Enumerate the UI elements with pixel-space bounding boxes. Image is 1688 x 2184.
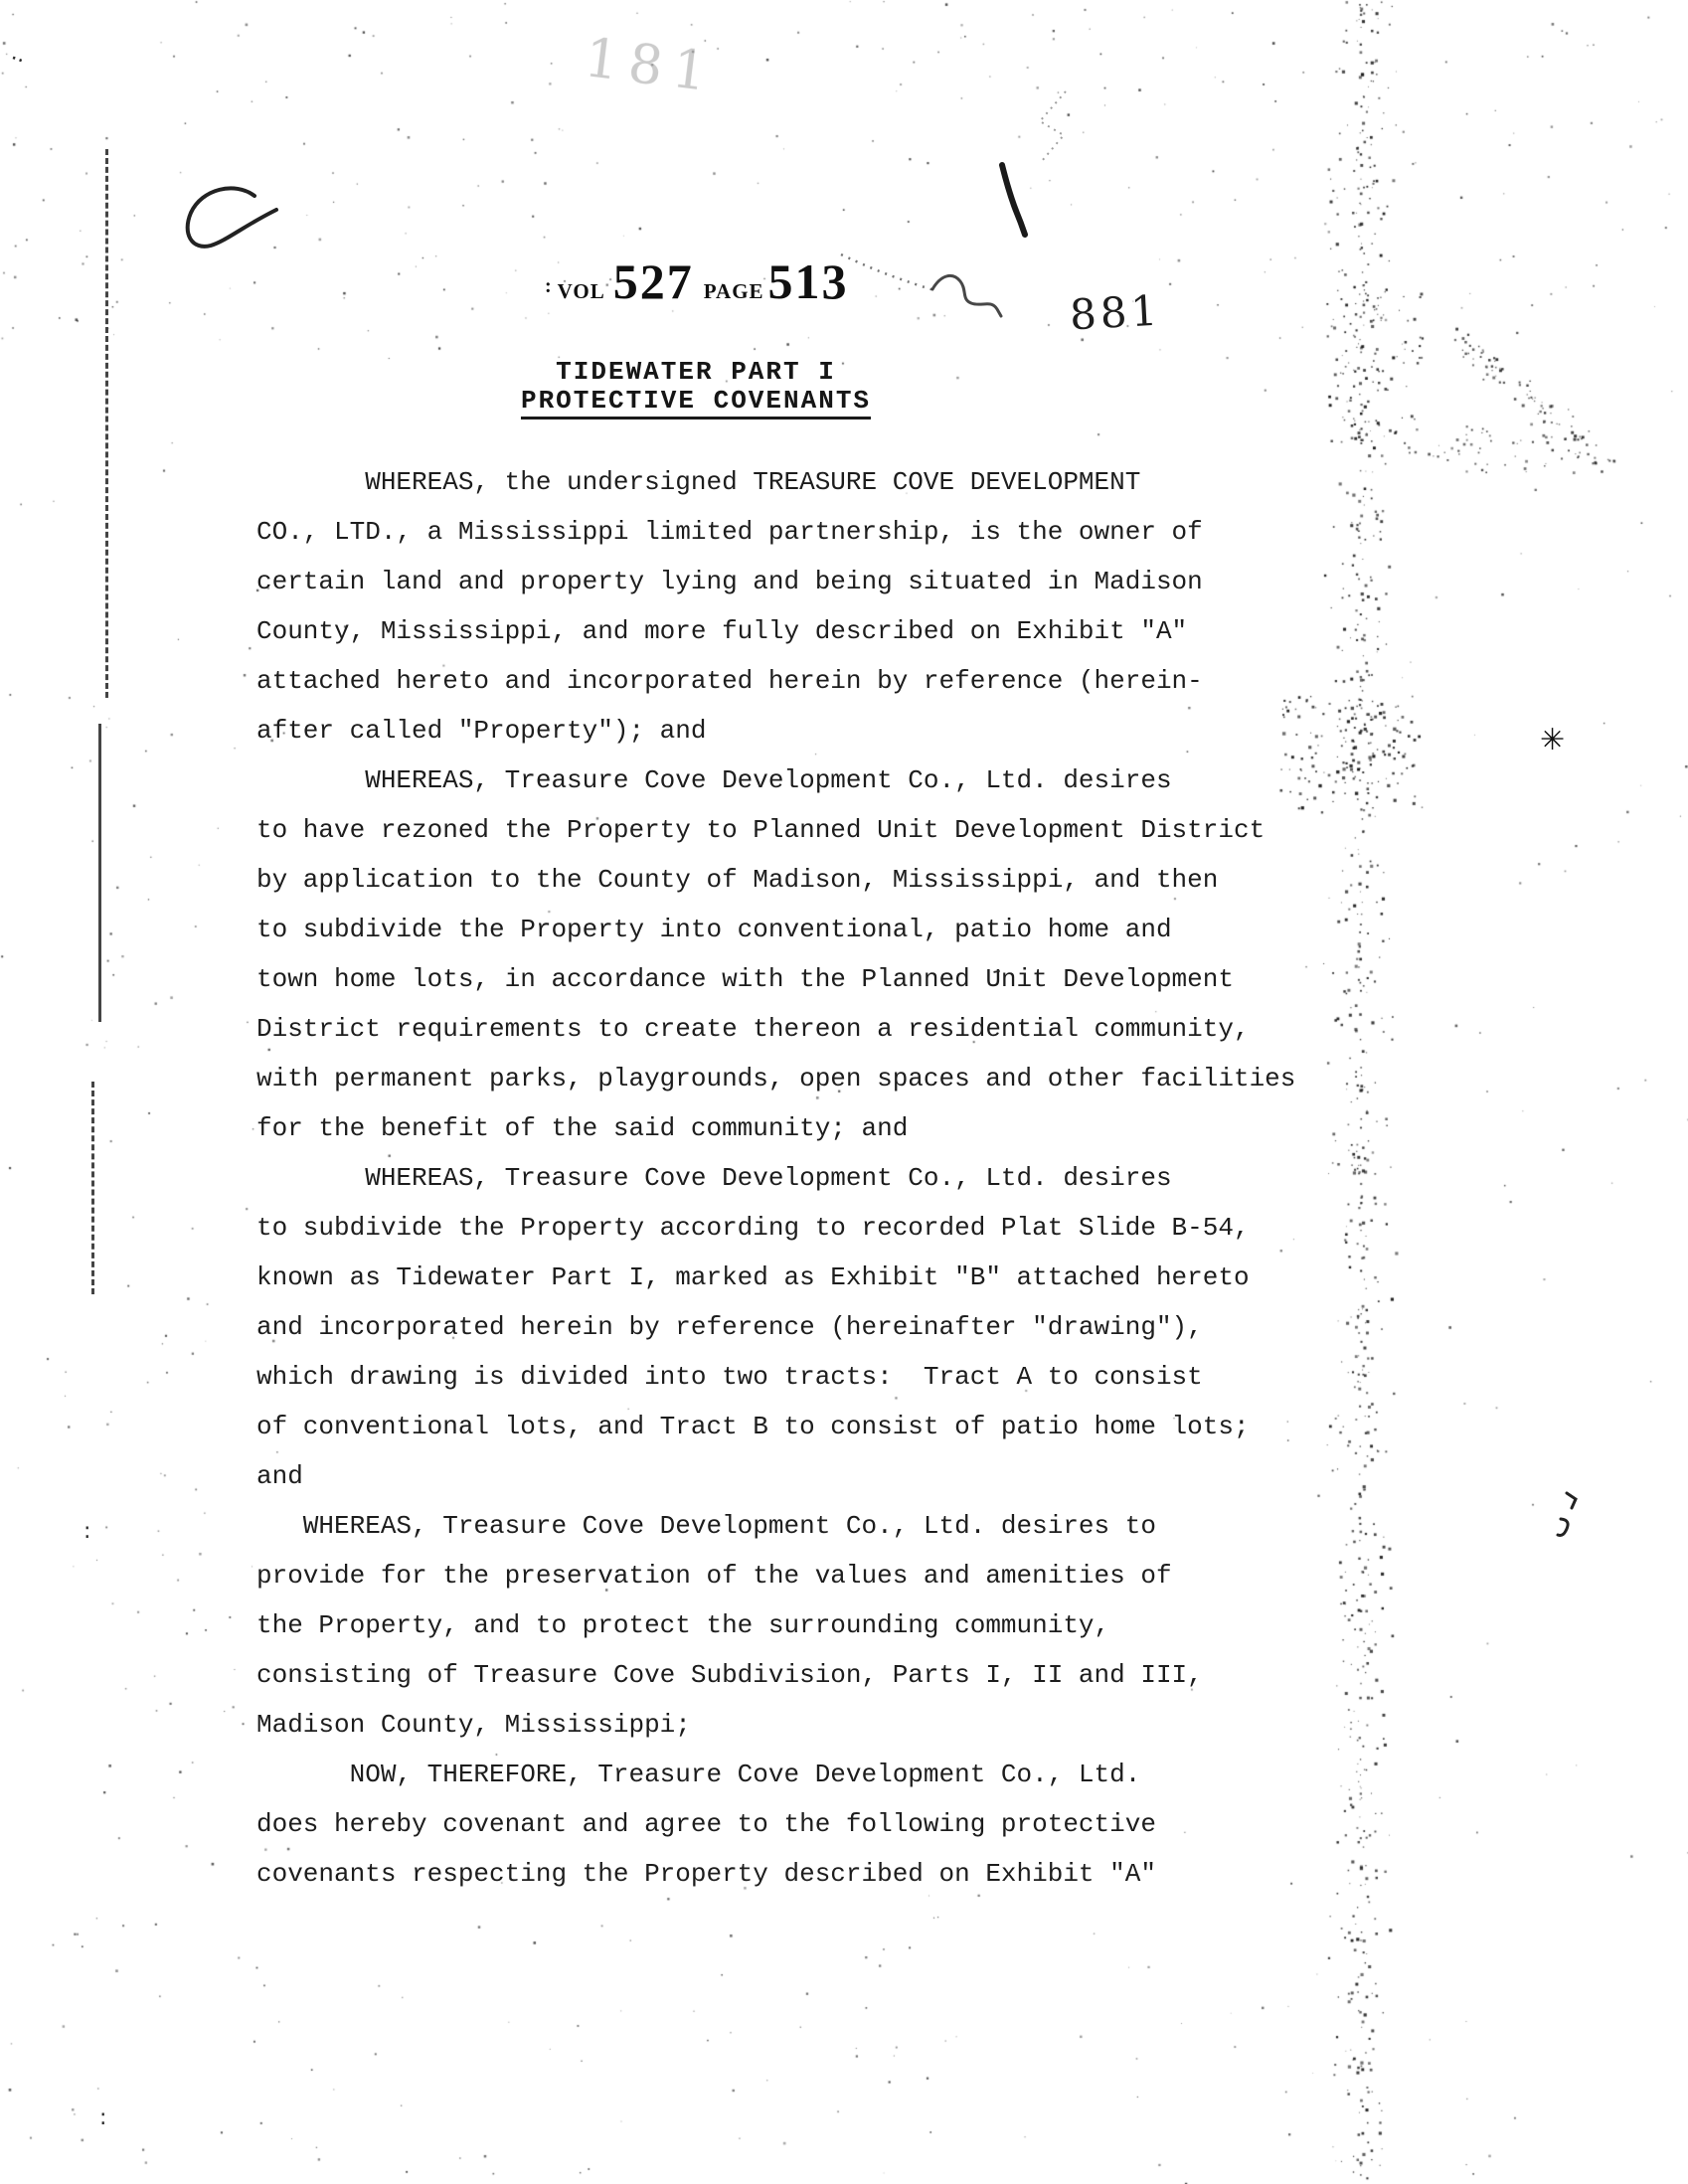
top-left-tick-mark: ·· [6, 46, 28, 74]
document-body: WHEREAS, the undersigned TREASURE COVE D… [256, 457, 1295, 1899]
paragraph-whereas-3: WHEREAS, Treasure Cove Development Co., … [256, 1153, 1295, 1501]
small-hook-mark [1567, 1493, 1576, 1508]
paragraph-now-therefore: NOW, THEREFORE, Treasure Cove Developmen… [256, 1750, 1295, 1899]
document-title: TIDEWATER PART I PROTECTIVE COVENANTS [521, 358, 871, 420]
scanned-document-page: : VOL 527 PAGE 513 881 181 TIDEWATER PAR… [0, 0, 1688, 2184]
dotted-scribble-mark [841, 254, 934, 290]
stamp-page-number: 513 [768, 256, 849, 306]
stamp-vol-label: VOL [558, 279, 605, 304]
ink-downstroke-mark [1002, 165, 1025, 235]
flourish-scribble-mark [932, 275, 1001, 316]
title-line2: PROTECTIVE COVENANTS [521, 387, 871, 420]
faint-zigzag-mark [1040, 91, 1066, 161]
left-margin-rule-segment [105, 149, 108, 698]
stamp-prefix-mark: : [545, 275, 552, 298]
small-hook-mark [1558, 1519, 1568, 1536]
bottom-left-colon-mark: : [99, 2105, 106, 2130]
faint-corner-number: 181 [582, 26, 721, 104]
paragraph-whereas-4: WHEREAS, Treasure Cove Development Co., … [256, 1501, 1295, 1750]
volume-page-stamp: : VOL 527 PAGE 513 [545, 256, 849, 306]
left-margin-rule-segment [98, 724, 101, 1022]
stamp-vol-number: 527 [613, 256, 694, 306]
stamp-page-label: PAGE [704, 279, 764, 304]
asterisk-ink-mark: ✳ [1540, 723, 1565, 757]
title-line1: TIDEWATER PART I [521, 358, 871, 387]
left-margin-rule-segment [91, 1082, 94, 1294]
left-margin-colon-mark: : [84, 1519, 90, 1544]
paragraph-whereas-2: WHEREAS, Treasure Cove Development Co., … [256, 756, 1295, 1153]
c-swoosh-pen-mark [188, 188, 276, 246]
paragraph-whereas-1: WHEREAS, the undersigned TREASURE COVE D… [256, 457, 1295, 756]
handwritten-page-number: 881 [1069, 286, 1163, 340]
